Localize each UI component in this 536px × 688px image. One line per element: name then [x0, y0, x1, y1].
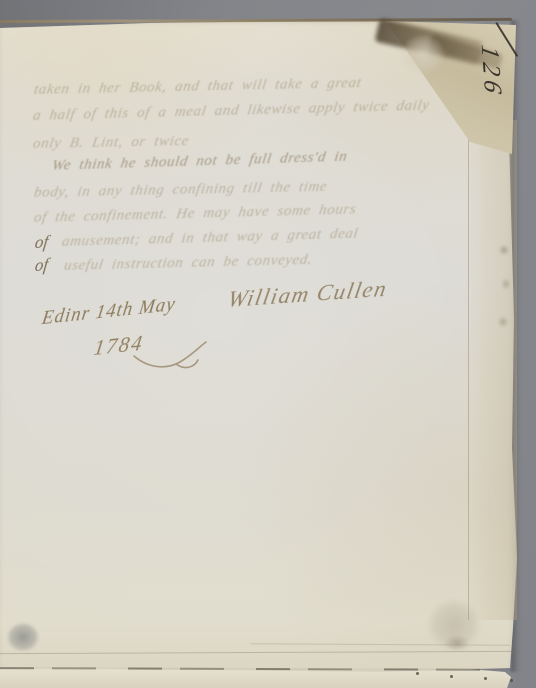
edge-smudges: [496, 238, 512, 338]
pen-flourish: [132, 338, 208, 372]
folio-number: 126: [475, 43, 507, 100]
stitch-hole: [484, 677, 487, 680]
ink-blot: [2, 618, 44, 656]
stitch-hole: [450, 675, 453, 678]
margin-word: of: [34, 255, 50, 276]
stitch-hole: [510, 679, 513, 682]
handwriting-line: only B. Lint, or twice: [32, 133, 191, 153]
fold-strip: [468, 120, 517, 620]
manuscript-scan: 126 taken in her Book, and that will tak…: [0, 0, 536, 688]
pale-stain: [400, 34, 446, 76]
stitch-hole: [416, 672, 419, 675]
